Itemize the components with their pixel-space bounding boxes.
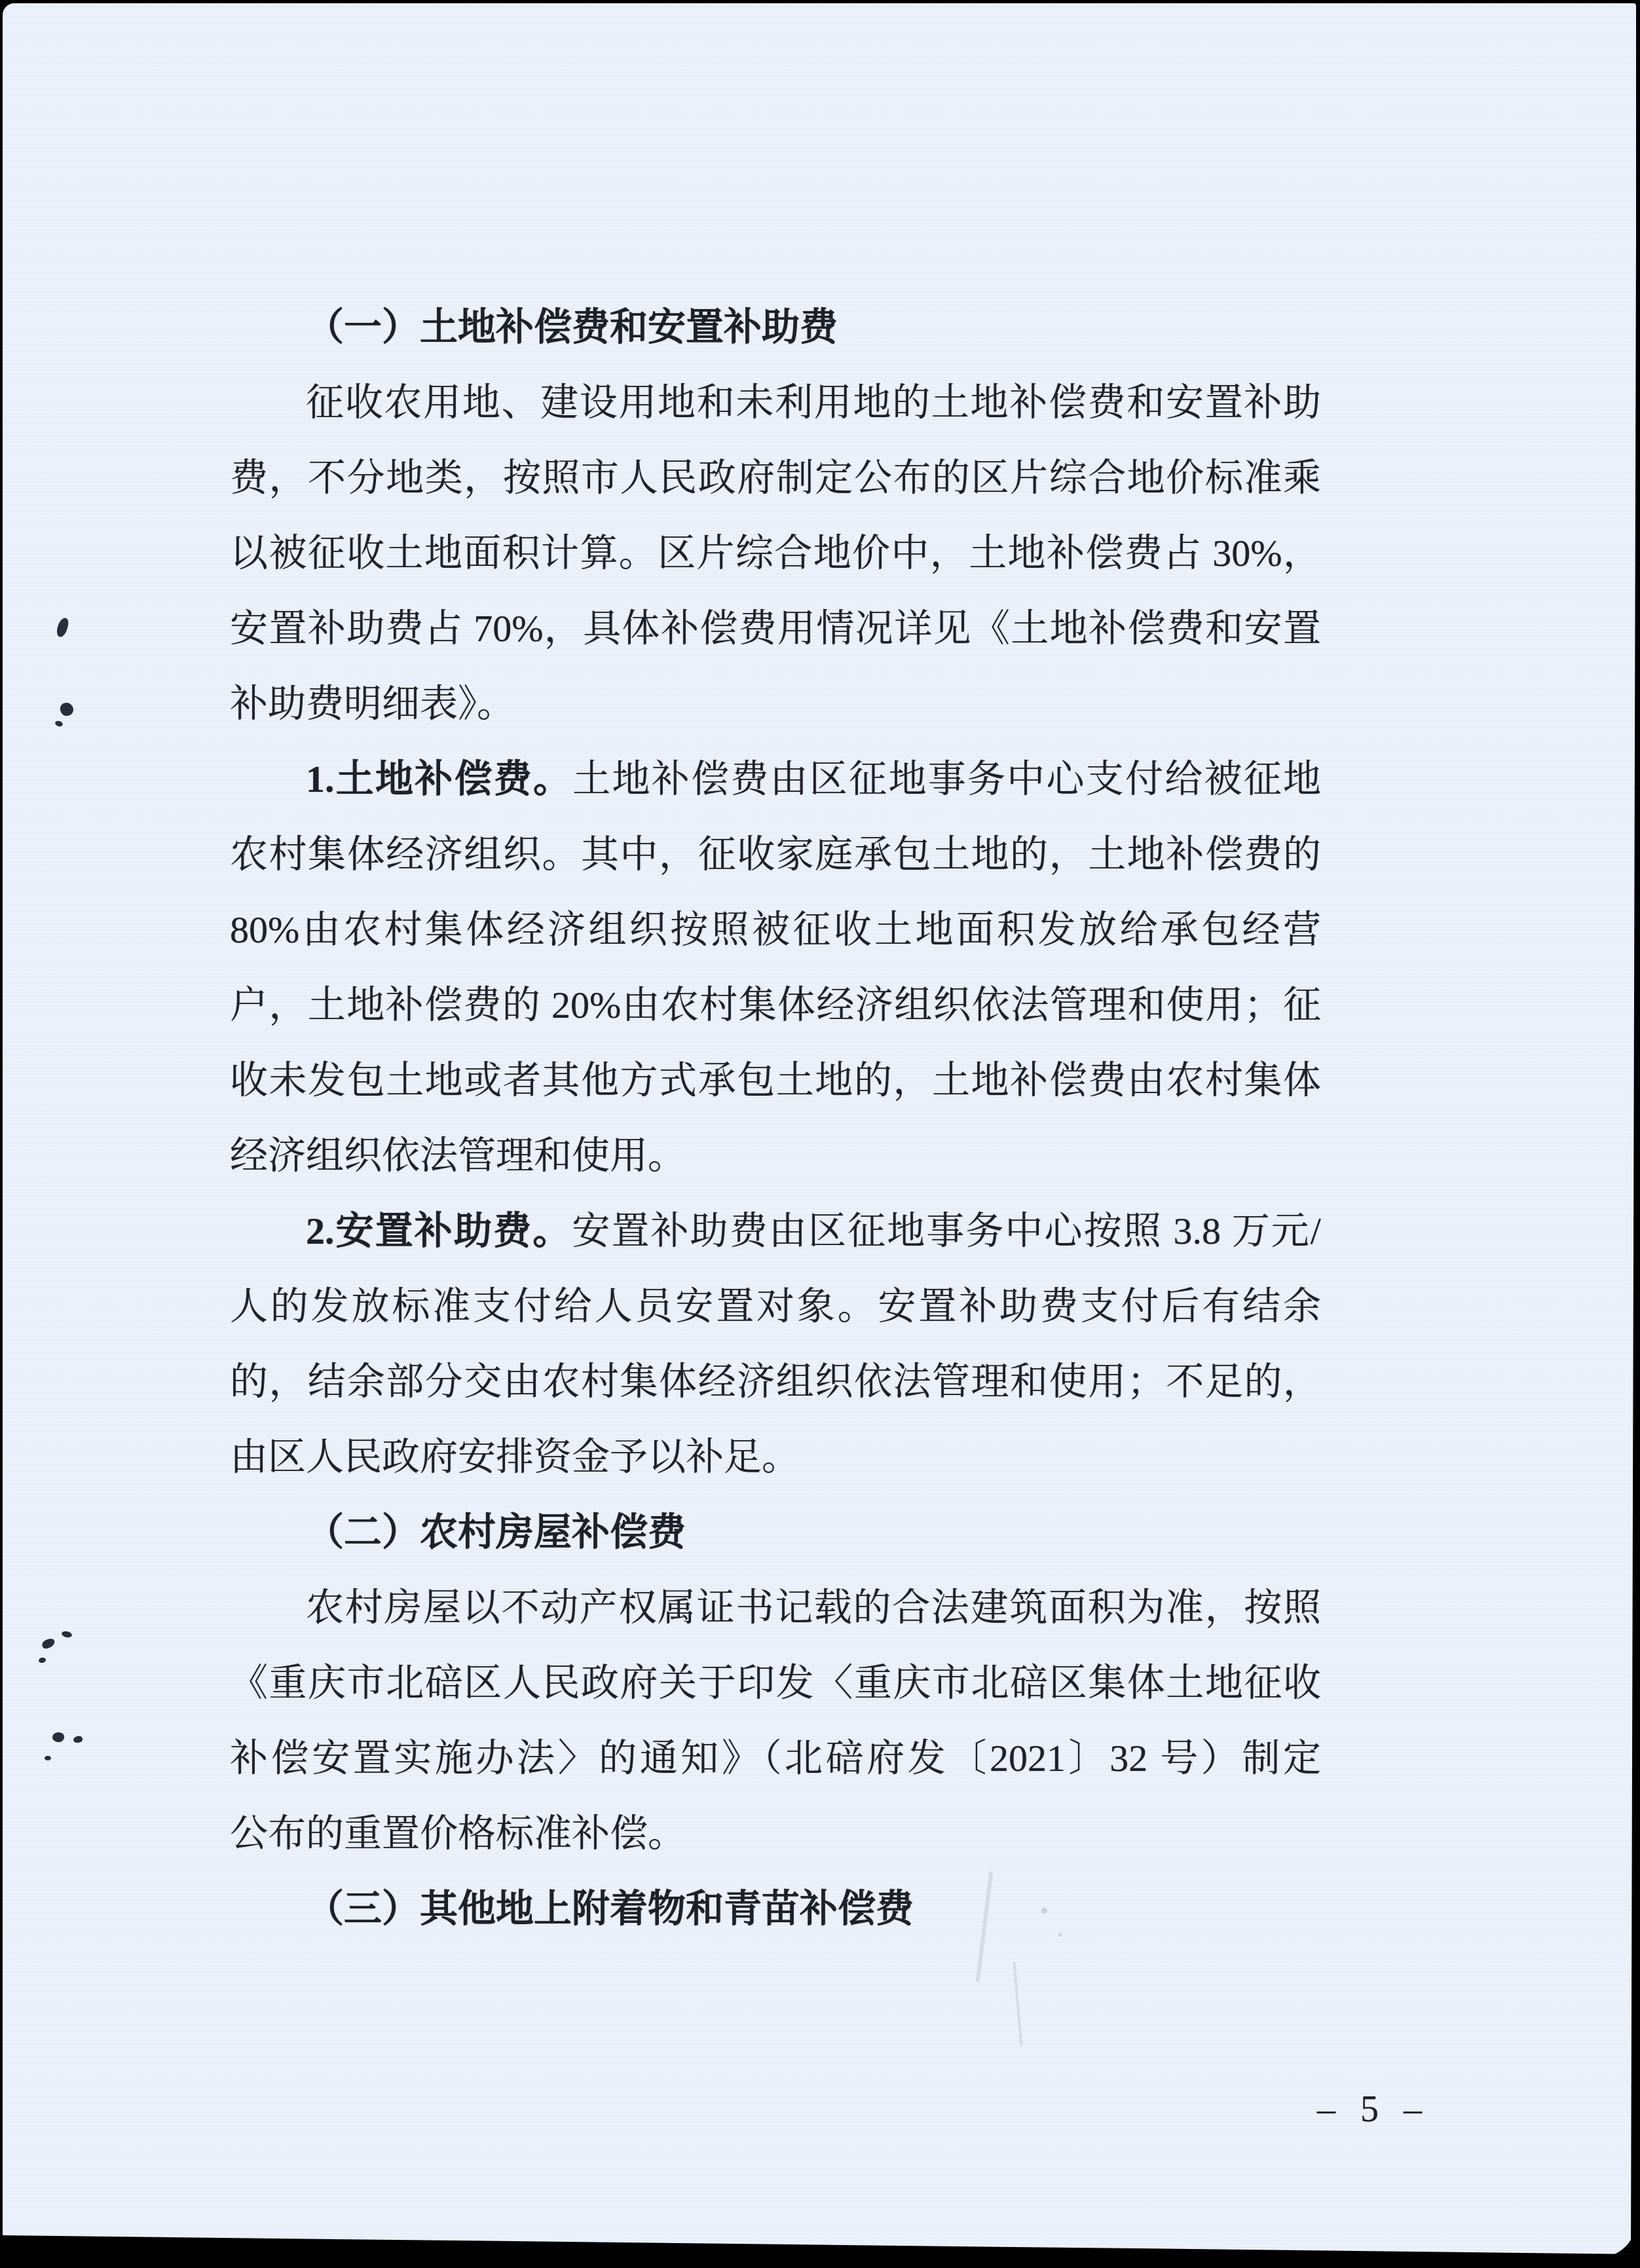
- text-run: 补偿安置实施办法〉的通知》（北碚府发〔2021〕32 号）制定: [230, 1737, 1321, 1779]
- text-line: 《重庆市北碚区人民政府关于印发〈重庆市北碚区集体土地征收: [230, 1645, 1321, 1720]
- text-run: 人的发放标准支付给人员安置对象。安置补助费支付后有结余: [230, 1285, 1321, 1328]
- text-line: 安置补助费占 70%，具体补偿费用情况详见《土地补偿费和安置: [230, 591, 1321, 666]
- text-run: 征收农用地、建设用地和未利用地的土地补偿费和安置补助: [306, 381, 1321, 424]
- heading-line: （三）其他地上附着物和青苗补偿费: [230, 1871, 1321, 1946]
- scan-streak: [1013, 1961, 1022, 2047]
- bold-text-run: 1.土地补偿费。: [306, 758, 572, 800]
- ink-speck: [60, 702, 75, 717]
- text-line: 人的发放标准支付给人员安置对象。安置补助费支付后有结余: [230, 1269, 1321, 1344]
- text-line: 户，土地补偿费的 20%由农村集体经济组织依法管理和使用；征: [230, 967, 1321, 1043]
- bold-text-run: （三）其他地上附着物和青苗补偿费: [306, 1887, 914, 1930]
- text-run: 安置补助费占 70%，具体补偿费用情况详见《土地补偿费和安置: [230, 607, 1321, 650]
- text-line: 由区人民政府安排资金予以补足。: [230, 1419, 1321, 1495]
- text-line: 公布的重置价格标准补偿。: [230, 1796, 1321, 1871]
- text-line: 农村房屋以不动产权属证书记载的合法建筑面积为准，按照: [230, 1570, 1321, 1645]
- text-line: 80%由农村集体经济组织按照被征收土地面积发放给承包经营: [230, 892, 1321, 967]
- scanned-document: { "page": { "background_color": "#ecf2fb…: [0, 0, 1640, 2268]
- bold-text-run: 2.安置补助费。: [306, 1210, 572, 1252]
- document-page: （一）土地补偿费和安置补助费征收农用地、建设用地和未利用地的土地补偿费和安置补助…: [3, 3, 1636, 2258]
- text-line: 收未发包土地或者其他方式承包土地的，土地补偿费由农村集体: [230, 1043, 1321, 1118]
- text-run: 经济组织依法管理和使用。: [230, 1134, 686, 1177]
- text-run: 公布的重置价格标准补偿。: [230, 1812, 686, 1855]
- text-run: 80%由农村集体经济组织按照被征收土地面积发放给承包经营: [230, 908, 1321, 951]
- text-line: 的，结余部分交由农村集体经济组织依法管理和使用；不足的，: [230, 1344, 1321, 1419]
- text-run: 收未发包土地或者其他方式承包土地的，土地补偿费由农村集体: [230, 1059, 1321, 1102]
- text-run: 费，不分地类，按照市人民政府制定公布的区片综合地价标准乘: [230, 456, 1321, 499]
- text-line: 经济组织依法管理和使用。: [230, 1118, 1321, 1193]
- text-line: 补偿安置实施办法〉的通知》（北碚府发〔2021〕32 号）制定: [230, 1720, 1321, 1796]
- text-run: 农村房屋以不动产权属证书记载的合法建筑面积为准，按照: [306, 1586, 1321, 1629]
- heading-line: （二）农村房屋补偿费: [230, 1495, 1321, 1570]
- ink-speck: [52, 1732, 64, 1743]
- text-line: 农村集体经济组织。其中，征收家庭承包土地的，土地补偿费的: [230, 817, 1321, 892]
- ink-speck: [56, 617, 70, 639]
- text-run: 安置补助费由区征地事务中心按照 3.8 万元/: [572, 1210, 1321, 1252]
- ink-speck: [54, 720, 64, 728]
- text-line: 征收农用地、建设用地和未利用地的土地补偿费和安置补助: [230, 365, 1321, 440]
- page-number: – 5 –: [1293, 2091, 1450, 2128]
- text-line: 1.土地补偿费。土地补偿费由区征地事务中心支付给被征地: [230, 741, 1321, 817]
- bold-text-run: （一）土地补偿费和安置补助费: [306, 306, 838, 348]
- text-line: 费，不分地类，按照市人民政府制定公布的区片综合地价标准乘: [230, 440, 1321, 515]
- text-line: 以被征收土地面积计算。区片综合地价中，土地补偿费占 30%，: [230, 515, 1321, 591]
- bold-text-run: （二）农村房屋补偿费: [306, 1511, 686, 1553]
- text-run: 由区人民政府安排资金予以补足。: [230, 1436, 800, 1478]
- text-run: 以被征收土地面积计算。区片综合地价中，土地补偿费占 30%，: [230, 532, 1321, 574]
- text-run: 土地补偿费由区征地事务中心支付给被征地: [572, 758, 1321, 800]
- ink-speck: [38, 1657, 46, 1664]
- ink-speck: [41, 1637, 56, 1650]
- text-run: 补助费明细表》。: [230, 682, 515, 725]
- heading-line: （一）土地补偿费和安置补助费: [230, 289, 1321, 365]
- ink-speck: [45, 1756, 51, 1760]
- text-run: 农村集体经济组织。其中，征收家庭承包土地的，土地补偿费的: [230, 833, 1321, 876]
- ink-speck: [61, 1630, 73, 1638]
- text-lines: （一）土地补偿费和安置补助费征收农用地、建设用地和未利用地的土地补偿费和安置补助…: [230, 289, 1321, 1946]
- text-line: 补助费明细表》。: [230, 666, 1321, 741]
- ink-speck: [73, 1735, 83, 1744]
- text-line: 2.安置补助费。安置补助费由区征地事务中心按照 3.8 万元/: [230, 1193, 1321, 1269]
- text-run: 《重庆市北碚区人民政府关于印发〈重庆市北碚区集体土地征收: [230, 1662, 1321, 1704]
- text-run: 的，结余部分交由农村集体经济组织依法管理和使用；不足的，: [230, 1360, 1321, 1403]
- text-run: 户，土地补偿费的 20%由农村集体经济组织依法管理和使用；征: [230, 984, 1321, 1026]
